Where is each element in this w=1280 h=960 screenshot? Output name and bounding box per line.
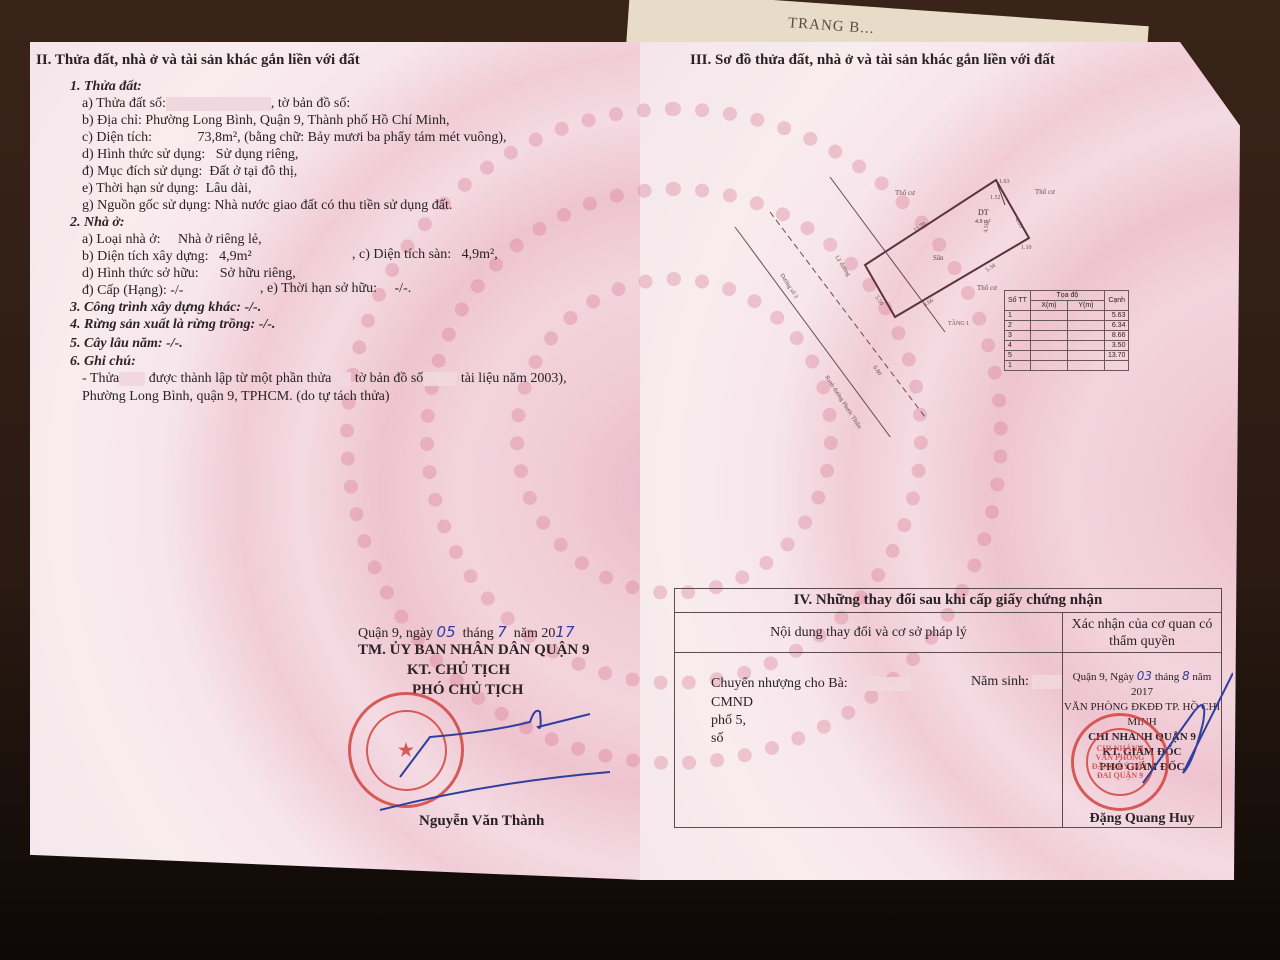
- svg-text:4.50: 4.50: [983, 222, 991, 233]
- svg-text:11.70: 11.70: [913, 221, 927, 233]
- coord-row: 43.50: [1005, 341, 1129, 351]
- svg-text:1.10: 1.10: [1021, 245, 1032, 251]
- svg-text:5.34: 5.34: [985, 263, 997, 274]
- left-page: II. Thửa đất, nhà ở và tài sản khác gắn …: [30, 42, 641, 880]
- notes-line-2: Phường Long Bình, quận 9, TPHCM. (do tự …: [82, 388, 390, 405]
- change-birth-year: Năm sinh:: [971, 673, 1062, 690]
- signer-name: Nguyễn Văn Thành: [419, 813, 544, 830]
- svg-text:Lề đường: Lề đường: [833, 254, 852, 277]
- confirmation-block: Quận 9, Ngày 03 tháng 8 năm 2017 VĂN PHÒ…: [1063, 653, 1222, 828]
- house-heading: 2. Nhà ở:: [70, 214, 125, 231]
- house-b: b) Diện tích xây dựng: 4,9m²: [82, 248, 252, 265]
- land-c: c) Diện tích: 73,8m², (bằng chữ: Bảy mươ…: [82, 129, 507, 146]
- land-d: d) Hình thức sử dụng: Sử dụng riêng,: [82, 146, 298, 163]
- land-a: a) Thửa đất số:, tờ bản đồ số:: [82, 95, 350, 112]
- changes-title: IV. Những thay đổi sau khi cấp giấy chứn…: [675, 589, 1222, 613]
- change-number: số: [711, 730, 723, 747]
- svg-text:1.52: 1.52: [990, 195, 1001, 201]
- land-dd: đ) Mục đích sử dụng: Đất ở tại đô thị,: [82, 163, 297, 180]
- changes-table: IV. Những thay đổi sau khi cấp giấy chứn…: [674, 588, 1222, 828]
- item-3: 3. Công trình xây dựng khác: -/-.: [70, 299, 261, 316]
- land-heading: 1. Thửa đất:: [70, 78, 142, 95]
- signature-org: TM. ỦY BAN NHÂN DÂN QUẬN 9: [358, 642, 590, 659]
- svg-text:Sân: Sân: [933, 254, 944, 262]
- confirm-signature-scribble: [1123, 653, 1233, 803]
- house-a: a) Loại nhà ở: Nhà ở riêng lẻ,: [82, 231, 262, 248]
- coord-row: 15.63: [1005, 311, 1129, 321]
- svg-text:6.80: 6.80: [871, 365, 882, 377]
- land-b: b) Địa chỉ: Phường Long Bình, Quận 9, Th…: [82, 112, 449, 129]
- coord-row: 26.34: [1005, 321, 1129, 331]
- notes-heading: 6. Ghi chú:: [70, 353, 136, 370]
- coord-row: 1: [1005, 361, 1129, 371]
- change-id: CMND: [711, 694, 753, 711]
- svg-text:Thổ cư: Thổ cư: [977, 284, 997, 292]
- item-5: 5. Cây lâu năm: -/-.: [70, 335, 183, 352]
- svg-text:Ranh đường Phước Thiện: Ranh đường Phước Thiện: [823, 375, 862, 430]
- item-4: 4. Rừng sản xuất là rừng trồng: -/-.: [70, 316, 275, 333]
- background-sheet-text: TRANG B...: [787, 15, 875, 38]
- land-g: g) Nguồn gốc sử dụng: Nhà nước giao đất …: [82, 197, 452, 214]
- gcn-entry-label: Số vào sổ cấp GCN: [68, 862, 192, 878]
- svg-text:Đường số 3: Đường số 3: [778, 272, 799, 299]
- change-entry: Chuyển nhượng cho Bà: Năm sinh: CMND phố…: [675, 653, 1063, 828]
- coord-row: 38.66: [1005, 331, 1129, 341]
- coordinate-table: Số TT Tọa độ Cạnh X(m) Y(m) 15.6326.3438…: [1004, 290, 1129, 371]
- svg-text:Thổ cư: Thổ cư: [895, 189, 915, 197]
- right-page: III. Sơ đồ thửa đất, nhà ở và tài sản kh…: [640, 42, 1240, 880]
- signature-title-1: KT. CHỦ TỊCH: [407, 662, 510, 679]
- signature-date: Quận 9, ngày 05 tháng 7 năm 2017: [358, 624, 575, 642]
- notes-line-1: - Thửa được thành lập từ một phần thửa t…: [82, 370, 567, 387]
- change-transfer: Chuyển nhượng cho Bà:: [711, 675, 911, 692]
- changes-col-content: Nội dung thay đổi và cơ sở pháp lý: [675, 613, 1063, 653]
- section-title: III. Sơ đồ thửa đất, nhà ở và tài sản kh…: [690, 52, 1055, 69]
- land-e: e) Thời hạn sử dụng: Lâu dài,: [82, 180, 251, 197]
- svg-text:1.63: 1.63: [999, 179, 1010, 185]
- svg-text:TẦNG 1: TẦNG 1: [948, 319, 969, 327]
- redacted-field: [166, 97, 271, 111]
- change-street: phố 5,: [711, 712, 746, 729]
- house-c: , c) Diện tích sàn: 4,9m²,: [352, 246, 498, 263]
- signature-scribble: [370, 702, 610, 812]
- section-title: II. Thửa đất, nhà ở và tài sản khác gắn …: [36, 52, 360, 69]
- house-e: , e) Thời hạn sở hữu: -/-.: [260, 280, 411, 297]
- house-cap: đ) Cấp (Hạng): -/-: [82, 282, 183, 299]
- svg-text:Thổ cư: Thổ cư: [1035, 188, 1055, 196]
- changes-col-confirm: Xác nhận của cơ quan có thẩm quyền: [1063, 613, 1222, 653]
- confirm-signer: Đặng Quang Huy: [1063, 811, 1221, 827]
- coord-row: 513.70: [1005, 351, 1129, 361]
- svg-text:DT: DT: [978, 208, 989, 217]
